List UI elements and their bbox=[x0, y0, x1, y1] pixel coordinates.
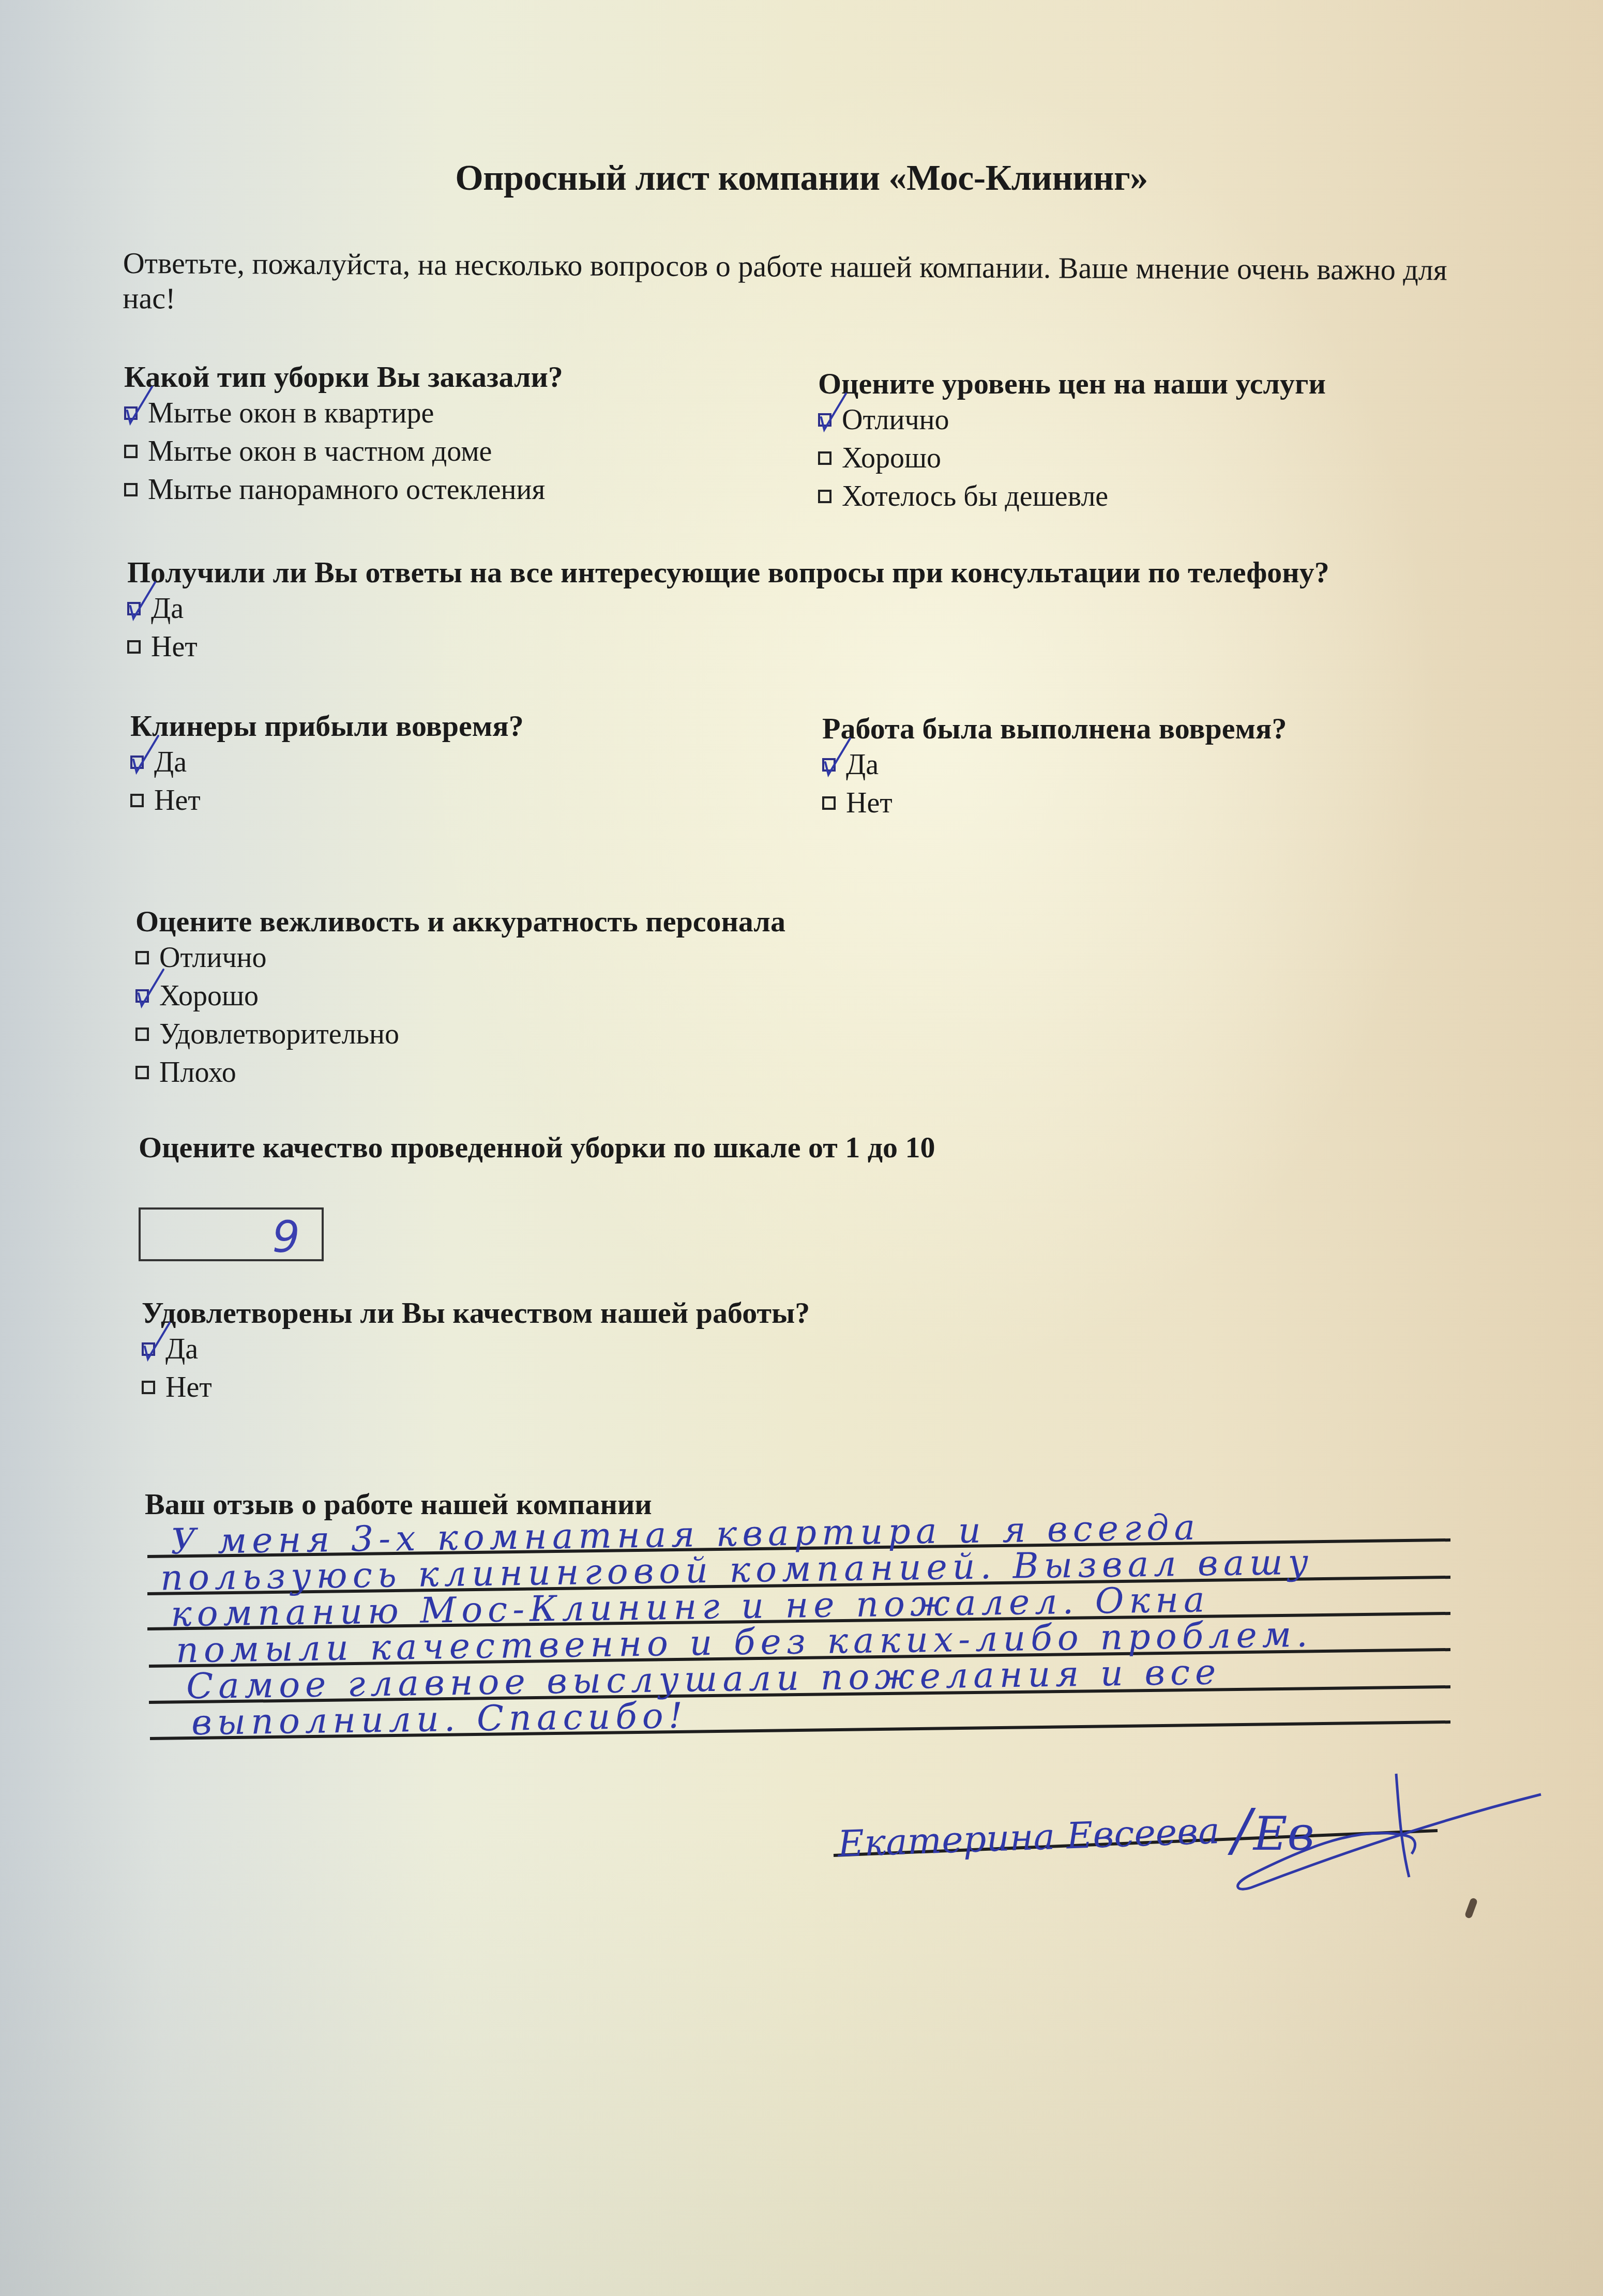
form-title: Опросный лист компании «Мос-Клининг» bbox=[0, 158, 1603, 199]
signature-flourish bbox=[1189, 1769, 1562, 1893]
option-cleaning_type-0[interactable]: Мытье окон в квартире bbox=[124, 394, 563, 432]
option-price_level-2[interactable]: Хотелось бы дешевле bbox=[818, 477, 1326, 516]
checkbox[interactable] bbox=[818, 451, 831, 465]
checkmark-icon bbox=[823, 736, 859, 778]
checkbox[interactable] bbox=[130, 794, 144, 807]
option-politeness-3[interactable]: Плохо bbox=[135, 1053, 785, 1092]
option-cleaning_type-1[interactable]: Мытье окон в частном доме bbox=[124, 432, 563, 471]
question-title: Оцените уровень цен на наши услуги bbox=[818, 366, 1326, 401]
option-arrived_on_time-1[interactable]: Нет bbox=[130, 781, 524, 820]
option-work_on_time-1[interactable]: Нет bbox=[822, 784, 1287, 822]
question-politeness: Оцените вежливость и аккуратность персон… bbox=[135, 904, 785, 1092]
question-phone-consultation: Получили ли Вы ответы на все интересующи… bbox=[127, 555, 1329, 666]
quality-score-value: 9 bbox=[273, 1212, 300, 1262]
ink-speck bbox=[1464, 1897, 1478, 1919]
question-title: Удовлетворены ли Вы качеством нашей рабо… bbox=[142, 1295, 810, 1330]
checkmark-icon bbox=[125, 385, 161, 426]
question-quality-score-title: Оцените качество проведенной уборки по ш… bbox=[139, 1130, 935, 1165]
option-price_level-1[interactable]: Хорошо bbox=[818, 439, 1326, 477]
question-work-on-time: Работа была выполнена вовремя? ДаНет bbox=[822, 711, 1287, 822]
option-politeness-1[interactable]: Хорошо bbox=[135, 977, 785, 1015]
question-title: Получили ли Вы ответы на все интересующи… bbox=[127, 555, 1329, 590]
question-arrived-on-time: Клинеры прибыли вовремя? ДаНет bbox=[130, 708, 524, 820]
option-label: Мытье панорамного остекления bbox=[148, 471, 545, 509]
options-list: ОтличноХорошоУдовлетворительноПлохо bbox=[135, 939, 785, 1092]
checkmark-icon bbox=[819, 391, 855, 433]
options-list: ДаНет bbox=[822, 746, 1287, 822]
checkbox-checked[interactable] bbox=[818, 413, 831, 427]
checkbox[interactable] bbox=[142, 1381, 155, 1394]
checkbox[interactable] bbox=[124, 445, 138, 458]
options-list: Мытье окон в квартиреМытье окон в частно… bbox=[124, 394, 563, 509]
signature-name: Екатерина Евсеева bbox=[837, 1809, 1220, 1865]
option-label: Нет bbox=[154, 781, 201, 820]
question-satisfied: Удовлетворены ли Вы качеством нашей рабо… bbox=[142, 1295, 810, 1407]
question-title: Оцените вежливость и аккуратность персон… bbox=[135, 904, 785, 939]
checkbox[interactable] bbox=[127, 640, 141, 654]
checkbox[interactable] bbox=[135, 1066, 149, 1079]
option-price_level-0[interactable]: Отлично bbox=[818, 401, 1326, 439]
option-cleaning_type-2[interactable]: Мытье панорамного остекления bbox=[124, 471, 563, 509]
option-label: Отлично bbox=[159, 939, 267, 977]
options-list: ДаНет bbox=[127, 590, 1329, 666]
checkbox-checked[interactable] bbox=[130, 756, 144, 769]
option-phone_consultation-1[interactable]: Нет bbox=[127, 628, 1329, 666]
option-label: Нет bbox=[165, 1368, 212, 1407]
question-title: Работа была выполнена вовремя? bbox=[822, 711, 1287, 746]
option-label: Плохо bbox=[159, 1053, 236, 1092]
question-title: Клинеры прибыли вовремя? bbox=[130, 708, 524, 743]
option-politeness-0[interactable]: Отлично bbox=[135, 939, 785, 977]
checkmark-icon bbox=[137, 968, 173, 1009]
option-label: Хорошо bbox=[842, 439, 941, 477]
question-price-level: Оцените уровень цен на наши услуги Отлич… bbox=[818, 366, 1326, 516]
checkbox-checked[interactable] bbox=[135, 989, 149, 1003]
question-cleaning-type: Какой тип уборки Вы заказали? Мытье окон… bbox=[124, 359, 563, 509]
option-label: Хотелось бы дешевле bbox=[842, 477, 1108, 516]
options-list: ДаНет bbox=[142, 1330, 810, 1407]
checkbox[interactable] bbox=[818, 490, 831, 503]
quality-score-field[interactable]: 9 bbox=[139, 1207, 324, 1261]
option-satisfied-0[interactable]: Да bbox=[142, 1330, 810, 1368]
option-satisfied-1[interactable]: Нет bbox=[142, 1368, 810, 1407]
checkbox[interactable] bbox=[124, 483, 138, 496]
option-work_on_time-0[interactable]: Да bbox=[822, 746, 1287, 784]
checkbox[interactable] bbox=[135, 1028, 149, 1041]
paper-shading bbox=[0, 1831, 1603, 2296]
option-label: Мытье окон в частном доме bbox=[148, 432, 492, 471]
options-list: ДаНет bbox=[130, 743, 524, 820]
checkbox-checked[interactable] bbox=[127, 602, 141, 615]
option-label: Хорошо bbox=[159, 977, 259, 1015]
question-title: Какой тип уборки Вы заказали? bbox=[124, 359, 563, 394]
checkmark-icon bbox=[128, 580, 164, 622]
options-list: ОтличноХорошоХотелось бы дешевле bbox=[818, 401, 1326, 516]
option-label: Удовлетворительно bbox=[159, 1015, 399, 1053]
checkmark-icon bbox=[143, 1321, 179, 1362]
checkbox-checked[interactable] bbox=[822, 758, 836, 772]
checkbox-checked[interactable] bbox=[142, 1342, 155, 1356]
checkmark-icon bbox=[131, 734, 168, 775]
option-phone_consultation-0[interactable]: Да bbox=[127, 590, 1329, 628]
option-label: Мытье окон в квартире bbox=[148, 394, 434, 432]
checkbox[interactable] bbox=[822, 796, 836, 810]
option-arrived_on_time-0[interactable]: Да bbox=[130, 743, 524, 781]
feedback-handwritten[interactable]: У меня 3-х комнатная квартира и я всегда… bbox=[171, 1513, 1463, 1730]
option-politeness-2[interactable]: Удовлетворительно bbox=[135, 1015, 785, 1053]
option-label: Нет bbox=[151, 628, 198, 666]
checkbox[interactable] bbox=[135, 951, 149, 964]
checkbox-checked[interactable] bbox=[124, 406, 138, 420]
option-label: Нет bbox=[846, 784, 893, 822]
option-label: Отлично bbox=[842, 401, 949, 439]
form-intro: Ответьте, пожалуйста, на несколько вопро… bbox=[123, 246, 1468, 323]
